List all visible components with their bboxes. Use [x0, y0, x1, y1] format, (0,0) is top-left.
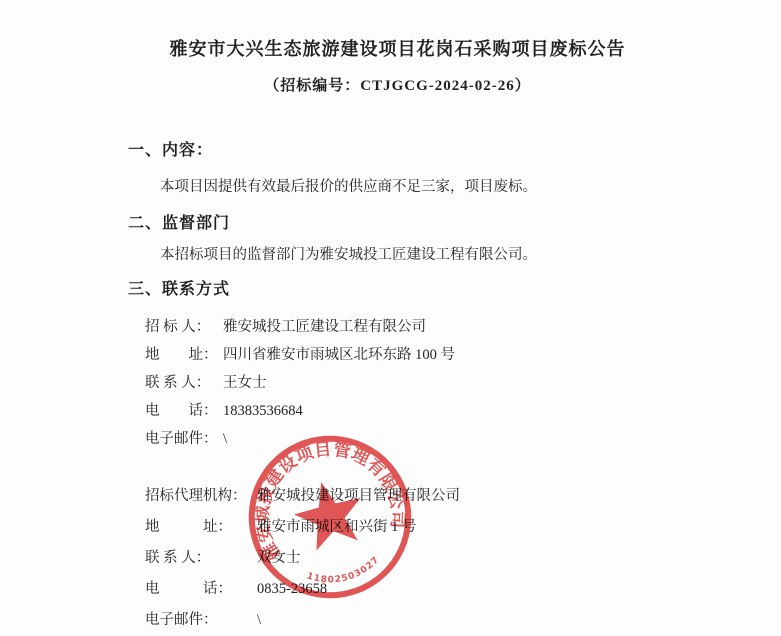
agency-contact-person-label: 联 系 人： [145, 543, 251, 574]
agency-address-row: 地 址：雅安市雨城区和兴街 1 号 [145, 512, 781, 543]
document-subtitle: （招标编号：CTJGCG-2024-02-26） [14, 74, 781, 95]
agency-contact-block: 招标代理机构：雅安城投建设项目管理有限公司 地 址：雅安市雨城区和兴街 1 号 … [145, 481, 781, 636]
section-content-body: 本项目因提供有效最后报价的供应商不足三家，项目废标。 [160, 177, 721, 198]
agency-email-row: 电子邮件：\ [145, 605, 781, 636]
agency-phone-label: 电 话： [145, 574, 251, 605]
agency-address-value: 雅安市雨城区和兴街 1 号 [257, 519, 417, 535]
section-contact-heading: 三、联系方式 [128, 276, 781, 299]
agency-name-label: 招标代理机构： [145, 481, 251, 512]
tenderer-name-row: 招 标 人：雅安城投工匠建设工程有限公司 [145, 313, 781, 341]
agency-contact-person-value: 双女士 [257, 550, 301, 566]
agency-name-row: 招标代理机构：雅安城投建设项目管理有限公司 [145, 481, 781, 512]
tenderer-address-label: 地 址： [145, 341, 223, 369]
section-content-heading: 一、内容： [128, 137, 781, 160]
tenderer-phone-row: 电 话：18383536684 [145, 397, 781, 425]
tenderer-name-value: 雅安城投工匠建设工程有限公司 [223, 319, 426, 335]
tenderer-contact-person-row: 联 系 人：王女士 [145, 369, 781, 397]
tenderer-contact-person-value: 王女士 [223, 375, 267, 391]
document-title: 雅安市大兴生态旅游建设项目花岗石采购项目废标公告 [14, 0, 781, 61]
tenderer-phone-label: 电 话： [145, 397, 223, 425]
agency-email-value: \ [257, 612, 261, 628]
agency-contact-person-row: 联 系 人：双女士 [145, 543, 781, 574]
document-page: 雅安市大兴生态旅游建设项目花岗石采购项目废标公告 （招标编号：CTJGCG-20… [0, 0, 781, 636]
section-supervision-heading: 二、监督部门 [128, 210, 781, 233]
tenderer-contact-block: 招 标 人：雅安城投工匠建设工程有限公司 地 址：四川省雅安市雨城区北环东路 1… [145, 313, 781, 453]
tenderer-email-label: 电子邮件： [145, 425, 223, 453]
agency-email-label: 电子邮件： [145, 605, 251, 636]
tenderer-address-row: 地 址：四川省雅安市雨城区北环东路 100 号 [145, 341, 781, 369]
tenderer-address-value: 四川省雅安市雨城区北环东路 100 号 [223, 347, 455, 363]
agency-name-value: 雅安城投建设项目管理有限公司 [257, 488, 460, 504]
tenderer-email-row: 电子邮件：\ [145, 425, 781, 453]
agency-phone-row: 电 话：0835-23658 [145, 574, 781, 605]
tenderer-phone-value: 18383536684 [223, 403, 303, 419]
agency-address-label: 地 址： [145, 512, 251, 543]
section-supervision-body: 本招标项目的监督部门为雅安城投工匠建设工程有限公司。 [160, 245, 721, 266]
agency-phone-value: 0835-23658 [257, 581, 327, 597]
tenderer-contact-person-label: 联 系 人： [145, 369, 223, 397]
tenderer-name-label: 招 标 人： [145, 313, 223, 341]
tenderer-email-value: \ [223, 431, 227, 447]
